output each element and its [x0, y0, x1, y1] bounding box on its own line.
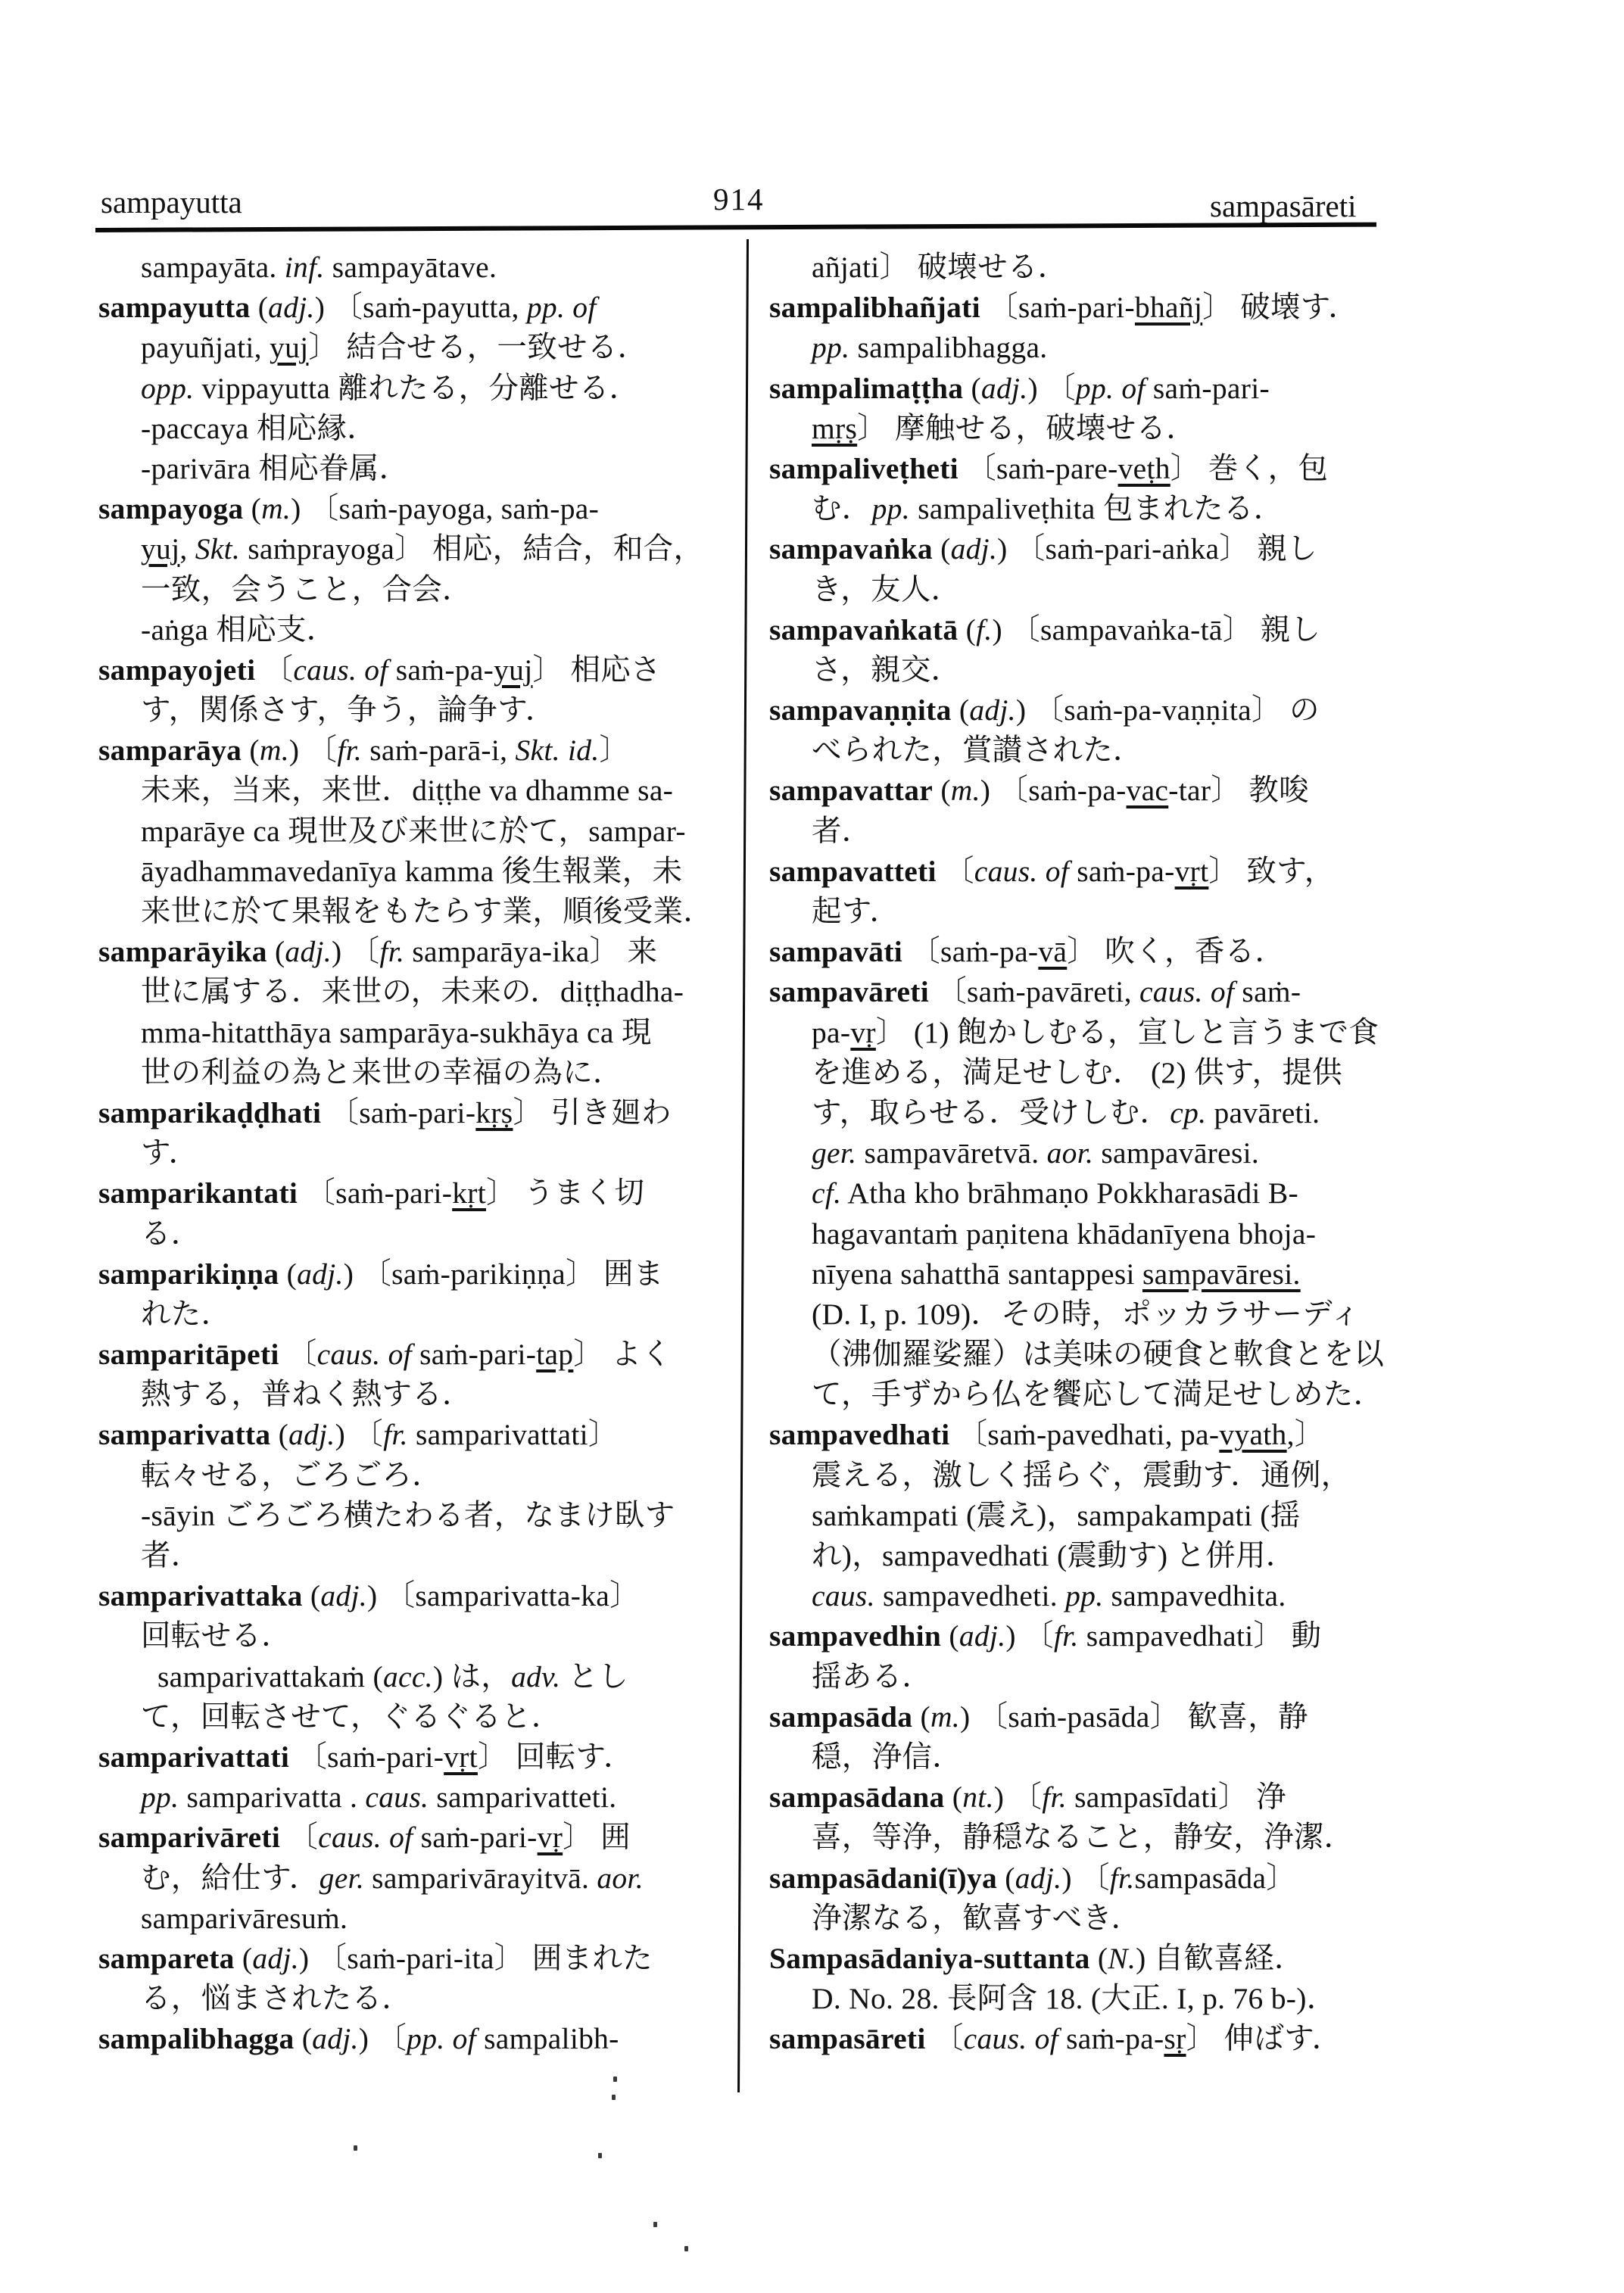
text-segment: vippayutta 離れたる，分離せる．: [194, 372, 639, 405]
text-segment: 〕 破壊す．: [1202, 291, 1358, 324]
entry-line: samparivattati 〔saṁ-pari-vṛt〕 回転す．: [98, 1737, 747, 1777]
entry-line: hagavantaṁ paṇitena khādanīyena bhoja-: [769, 1214, 1382, 1254]
entry-line: sampaliveṭheti 〔saṁ-pare-veṭh〕 巻く，包: [769, 449, 1382, 489]
text-segment: ) 〔: [332, 935, 379, 968]
headword-text: samparivatta: [98, 1418, 270, 1451]
text-segment: (: [270, 1418, 288, 1451]
entry-line: 喜，等浄，静穏なること，静安，浄潔．: [769, 1818, 1382, 1858]
text-segment: sampalibhagga.: [849, 331, 1047, 364]
text-segment: Atha kho brāhmaṇo Pokkharasādi B-: [841, 1176, 1298, 1210]
text-segment: (: [279, 1257, 297, 1291]
text-segment: (: [295, 2022, 313, 2055]
entry-line: 震える，激しく揺らぐ，震動す．通例，: [769, 1456, 1382, 1496]
text-segment: て，回転させて，ぐるぐると．: [141, 1700, 562, 1734]
entry-line: pp. samparivatta . caus. samparivatteti.: [98, 1777, 747, 1818]
root-underlined: bhañj: [1135, 291, 1202, 324]
text-segment: ) 〔: [289, 734, 337, 767]
text-segment: 喜，等浄，静穏なること，静安，浄潔．: [812, 1821, 1354, 1854]
text-segment: sampavāretvā.: [856, 1136, 1046, 1170]
entry-line: sampavedhin (adj.) 〔fr. sampavedhati〕 動: [769, 1616, 1382, 1656]
text-segment: añjati〕 破壊せる．: [812, 251, 1068, 284]
grammar-label: fr.: [337, 734, 362, 767]
text-segment: ,〕: [1287, 1418, 1325, 1451]
text-segment: 〔saṁ-pari-: [289, 1740, 444, 1774]
entry-line: añjati〕 破壊せる．: [769, 248, 1382, 288]
entry-line: pa-vṛ〕 (1) 飽かしむる，宣しと言うまで食: [769, 1013, 1382, 1053]
text-segment: 〔saṁ-pare-: [959, 452, 1118, 485]
text-segment: mma-hitatthāya samparāya-sukhāya ca 現: [141, 1016, 652, 1049]
text-segment: 熱する，普ねく熱する．: [141, 1378, 472, 1411]
headword-text: sampavattar: [769, 774, 933, 807]
grammar-label: Skt.: [195, 532, 240, 565]
text-segment: (: [958, 613, 976, 646]
text-segment: す，関係さす，争う，論争す．: [141, 693, 556, 727]
text-segment: (: [997, 1862, 1015, 1895]
headword-text: samparivāreti: [98, 1821, 280, 1854]
grammar-label: m.: [260, 734, 289, 767]
text-segment: ) 〔sampavaṅka-tā〕 親し: [993, 613, 1321, 646]
entry-line: samparivattakaṁ (acc.) は，adv. とし: [98, 1657, 747, 1697]
text-segment: 〔: [279, 1338, 317, 1371]
text-segment: samparivatta .: [179, 1781, 365, 1814]
entry-line: samparivattaka (adj.) 〔samparivatta-ka〕: [98, 1576, 747, 1616]
entry-line: sampayoga (m.) 〔saṁ-payoga, saṁ-pa-: [98, 489, 747, 529]
grammar-label: m.: [930, 1700, 960, 1734]
text-segment: ) 〔: [1027, 372, 1075, 405]
text-segment: ) 〔saṁ-pari-ita〕 囲まれた: [299, 1942, 653, 1975]
grammar-label: pp.: [141, 1781, 179, 1814]
text-segment: sampalibh-: [476, 2022, 619, 2055]
grammar-label: caus. of: [974, 855, 1069, 888]
text-segment: ) 〔saṁ-pari-aṅka〕 親し: [997, 532, 1317, 565]
entry-line: 未来，当来，来世．diṭṭhe va dhamme sa-: [98, 771, 747, 811]
text-segment: れた．: [141, 1298, 231, 1331]
headword-text: Sampasādaniya-suttanta: [769, 1942, 1090, 1975]
entry-line: mṛṣ〕 摩触せる，破壊せる．: [769, 409, 1382, 449]
entry-line: Sampasādaniya-suttanta (N.) 自歓喜経．: [769, 1939, 1382, 1979]
grammar-label: ger.: [812, 1136, 856, 1170]
text-segment: 揺ある．: [812, 1660, 932, 1693]
text-segment: (: [242, 734, 260, 767]
text-segment: 回転せる．: [141, 1619, 291, 1653]
text-segment: samparivattati〕: [408, 1418, 619, 1451]
root-underlined: yuj: [494, 653, 532, 687]
root-underlined: yuj: [270, 331, 308, 364]
grammar-label: nt.: [962, 1781, 994, 1814]
grammar-label: adj.: [288, 1418, 335, 1451]
text-segment: mparāye ca 現世及び来世に於て，sampar-: [141, 815, 686, 848]
text-segment: saṁ-pari-: [412, 1338, 536, 1371]
header-guide-word-left: sampayutta: [101, 187, 242, 218]
grammar-label: Skt. id.: [515, 734, 599, 767]
text-segment: す，取らせる．受けしむ．: [812, 1096, 1170, 1129]
grammar-label: adj.: [951, 532, 998, 565]
entry-line: 来世に於て果報をもたらす業，順後受業．: [98, 892, 747, 932]
text-segment: 〔: [926, 2022, 964, 2055]
text-segment: れ)，sampavedhati (震動す) と併用．: [812, 1539, 1296, 1572]
entry-line: payuñjati, yuj〕 結合せる，一致せる．: [98, 328, 747, 368]
grammar-label: adj.: [268, 291, 315, 324]
headword-text: samparikaḍḍhati: [98, 1096, 321, 1129]
entry-line: sampavaṅkatā (f.) 〔sampavaṅka-tā〕 親し: [769, 610, 1382, 650]
text-segment: ) 〔: [994, 1781, 1042, 1814]
entry-line: 熱する，普ねく熱する．: [98, 1375, 747, 1415]
entry-line: samparāyika (adj.) 〔fr. samparāya-ika〕 来: [98, 932, 747, 972]
entry-line: て，手ずから仏を饗応して満足せしめた．: [769, 1375, 1382, 1415]
text-segment: (: [941, 1619, 959, 1653]
text-segment: D. No. 28. 長阿含 18. (大正. I, p. 76 b-)．: [812, 1982, 1337, 2015]
text-segment: (: [251, 291, 269, 324]
text-segment: ) 〔: [1005, 1619, 1053, 1653]
text-segment: る．: [141, 1217, 201, 1251]
text-segment: す．: [141, 1136, 198, 1170]
text-segment: 〕 致す，: [1208, 855, 1334, 888]
text-segment: 〕 結合せる，一致せる．: [308, 331, 647, 364]
text-segment: ) 〔: [359, 2022, 407, 2055]
entry-line: き，友人．: [769, 570, 1382, 610]
text-segment: saṁ-parā-i,: [362, 734, 515, 767]
root-underlined: vṛt: [444, 1740, 478, 1774]
text-segment: saṁ-pa-: [1069, 855, 1175, 888]
root-underlined: yuj: [141, 532, 179, 565]
entry-line: べられた，賞讃された．: [769, 731, 1382, 771]
text-segment: を進める，満足せしむ． (2) 供す，提供: [812, 1056, 1342, 1089]
grammar-label: acc.: [383, 1660, 433, 1693]
text-segment: sampavedheti.: [875, 1579, 1065, 1612]
root-underlined: vṛ: [850, 1016, 876, 1049]
entry-line: 一致，会うこと，合会．: [98, 570, 747, 610]
grammar-label: aor.: [597, 1862, 644, 1895]
grammar-label: adj.: [320, 1579, 367, 1612]
scan-speck: [653, 2222, 657, 2227]
text-segment: āyadhammavedanīya kamma 後生報業，未: [141, 855, 682, 888]
grammar-label: caus.: [812, 1579, 875, 1612]
text-segment: 者．: [812, 815, 872, 848]
grammar-label: fr.: [1110, 1862, 1135, 1895]
text-segment: payuñjati,: [141, 331, 270, 364]
text-segment: 〔saṁ-pavāreti,: [929, 975, 1139, 1008]
text-segment: る，悩まされたる．: [141, 1982, 412, 2015]
text-segment: (: [303, 1579, 321, 1612]
text-segment: -tar〕 教唆: [1168, 774, 1309, 807]
text-segment: む，給仕す．: [141, 1862, 320, 1895]
grammar-label: aor.: [1047, 1136, 1094, 1170]
grammar-label: pp. of: [407, 2022, 476, 2055]
text-segment: saṁprayoga〕 相応，結合，和合，: [240, 532, 703, 565]
entry-line: 転々せる，ごろごろ．: [98, 1456, 747, 1496]
text-segment: き，友人．: [812, 573, 961, 606]
text-segment: 〕 囲: [563, 1821, 631, 1854]
entry-line: samparivatta (adj.) 〔fr. samparivattati〕: [98, 1415, 747, 1455]
text-segment: samparivāresuṁ.: [141, 1902, 348, 1935]
grammar-label: caus. of: [1139, 975, 1234, 1008]
text-segment: とし: [560, 1660, 628, 1693]
entry-line: 世の利益の為と来世の幸福の為に．: [98, 1053, 747, 1093]
text-segment: (: [933, 532, 951, 565]
text-segment: (: [945, 1781, 963, 1814]
text-segment: ) 〔saṁ-payoga, saṁ-pa-: [291, 492, 599, 525]
entry-line: mparāye ca 現世及び来世に於て，sampar-: [98, 812, 747, 852]
text-segment: -aṅga 相応支．: [141, 613, 337, 646]
entry-line: sampayāta. inf. sampayātave.: [98, 248, 747, 288]
text-segment: 一致，会うこと，合会．: [141, 573, 472, 606]
entry-line: 起す．: [769, 892, 1382, 932]
headword-text: sampavāti: [769, 935, 902, 968]
headword-text: sampayojeti: [98, 653, 255, 687]
root-underlined: mṛṣ: [812, 412, 857, 445]
text-segment: 世に属する．来世の，未来の．diṭṭhadha-: [141, 975, 684, 1008]
entry-line: sampalibhañjati 〔saṁ-pari-bhañj〕 破壊す．: [769, 288, 1382, 328]
text-segment: 〕 引き廻わ: [513, 1096, 671, 1129]
text-segment: 世の利益の為と来世の幸福の為に．: [141, 1056, 623, 1089]
entry-line: sampavattar (m.) 〔saṁ-pa-vac-tar〕 教唆: [769, 771, 1382, 811]
text-segment: 〕: [600, 734, 630, 767]
entry-line: (D. I, p. 109)．その時，ポッカラサーディ: [769, 1294, 1382, 1335]
entry-line: さ，親交．: [769, 650, 1382, 690]
grammar-label: adj.: [981, 372, 1028, 405]
entry-line: 穏，浄信．: [769, 1737, 1382, 1777]
headword-text: sampasādana: [769, 1781, 945, 1814]
headword-text: samparitāpeti: [98, 1338, 279, 1371]
text-segment: て，手ずから仏を饗応して満足せしめた．: [812, 1378, 1383, 1411]
text-segment: 〔saṁ-pari-: [980, 291, 1135, 324]
grammar-label: pp. of: [1076, 372, 1146, 405]
text-segment: saṁ-pa-: [1058, 2022, 1164, 2055]
text-segment: ,: [179, 532, 195, 565]
text-segment: sampasīdati〕 浄: [1067, 1781, 1286, 1814]
entry-line: sampalimaṭṭha (adj.) 〔pp. of saṁ-pari-: [769, 369, 1382, 409]
right-column: añjati〕 破壊せる．sampalibhañjati 〔saṁ-pari-b…: [769, 248, 1382, 2059]
text-segment: samparivatteti.: [429, 1781, 616, 1814]
entry-line: samparivāreti 〔caus. of saṁ-pari-vṛ〕 囲: [98, 1818, 747, 1858]
entry-line: る．: [98, 1214, 747, 1254]
text-segment: sampavedhita.: [1103, 1579, 1286, 1612]
entry-line: samparivāresuṁ.: [98, 1899, 747, 1939]
grammar-label: opp.: [141, 372, 194, 405]
text-segment: (D. I, p. 109)．その時，ポッカラサーディ: [812, 1298, 1361, 1331]
text-segment: 〕 巻く，包: [1170, 452, 1328, 485]
entry-line: す．: [98, 1133, 747, 1173]
text-segment: 〕 伸ばす．: [1186, 2022, 1342, 2055]
text-segment: 起す．: [812, 895, 899, 928]
header-page-number: 914: [713, 184, 765, 215]
headword-text: sampavaṅka: [769, 532, 933, 565]
text-segment: -sāyin ごろごろ横たわる者，なまけ臥す: [141, 1499, 675, 1532]
entry-line: す，取らせる．受けしむ．cp. pavāreti.: [769, 1093, 1382, 1133]
headword-text: sampayutta: [98, 291, 251, 324]
entry-line: て，回転させて，ぐるぐると．: [98, 1697, 747, 1737]
grammar-label: adj.: [1015, 1862, 1062, 1895]
text-segment: (: [963, 372, 981, 405]
text-segment: べられた，賞讃された．: [812, 734, 1143, 767]
grammar-label: N.: [1108, 1942, 1136, 1975]
headword-text: sampasādani(ī)ya: [769, 1862, 997, 1895]
grammar-label: pp.: [812, 331, 849, 364]
grammar-label: caus.: [365, 1781, 429, 1814]
grammar-label: cf.: [812, 1176, 841, 1210]
entry-line: sampasādani(ī)ya (adj.) 〔fr.sampasāda〕: [769, 1858, 1382, 1899]
entry-line: sampasādana (nt.) 〔fr. sampasīdati〕 浄: [769, 1777, 1382, 1818]
text-segment: ) 〔saṁ-payutta,: [315, 291, 527, 324]
scan-speck: [613, 2076, 617, 2082]
root-underlined: vyath: [1219, 1418, 1286, 1451]
grammar-label: inf.: [285, 251, 325, 284]
entry-line: sampavaṅka (adj.) 〔saṁ-pari-aṅka〕 親し: [769, 529, 1382, 569]
text-segment: saṁ-pari-: [1146, 372, 1270, 405]
headword-text: sampaliveṭheti: [769, 452, 959, 485]
entry-line: sampavaṇṇita (adj.) 〔saṁ-pa-vaṇṇita〕 の: [769, 690, 1382, 731]
text-segment: (: [933, 774, 951, 807]
text-segment: samparivattakaṁ (: [157, 1660, 383, 1693]
grammar-label: pp.: [872, 492, 910, 525]
root-underlined: vṛ: [538, 1821, 563, 1854]
dictionary-page: sampayutta 914 sampasāreti sampayāta. in…: [0, 0, 1624, 2293]
text-segment: さ，親交．: [812, 653, 961, 687]
text-segment: pavāreti.: [1206, 1096, 1320, 1129]
text-segment: ) 〔: [335, 1418, 383, 1451]
text-segment: samparivārayitvā.: [364, 1862, 597, 1895]
headword-text: sampavaṇṇita: [769, 693, 952, 727]
root-underlined: veṭh: [1118, 452, 1170, 485]
text-segment: ) 自歓喜経．: [1136, 1942, 1304, 1975]
text-segment: 〔: [280, 1821, 318, 1854]
text-segment: 〕 相応さ: [533, 653, 661, 687]
entry-line: ger. sampavāretvā. aor. sampavāresi.: [769, 1133, 1382, 1173]
entry-line: samparikantati 〔saṁ-pari-kṛt〕 うまく切: [98, 1173, 747, 1213]
text-segment: nīyena sahatthā santappesi: [812, 1257, 1142, 1291]
grammar-label: ger.: [320, 1862, 364, 1895]
entry-line: sampayojeti 〔caus. of saṁ-pa-yuj〕 相応さ: [98, 650, 747, 690]
grammar-label: adj.: [959, 1619, 1006, 1653]
text-segment: pa-: [812, 1016, 850, 1049]
text-segment: (: [267, 935, 285, 968]
text-segment: ) 〔samparivatta-ka〕: [367, 1579, 640, 1612]
header-guide-word-right: sampasāreti: [1210, 191, 1357, 222]
headword-text: samparikantati: [98, 1176, 298, 1210]
header-rule: [95, 223, 1376, 232]
grammar-label: adv.: [511, 1660, 560, 1693]
text-segment: ) 〔: [1061, 1862, 1109, 1895]
text-segment: hagavantaṁ paṇitena khādanīyena bhoja-: [812, 1217, 1316, 1251]
scan-speck: [354, 2145, 357, 2151]
headword-text: sampavaṅkatā: [769, 613, 958, 646]
entry-line: -sāyin ごろごろ横たわる者，なまけ臥す: [98, 1496, 747, 1536]
text-segment: 〕 よく: [573, 1338, 672, 1371]
grammar-label: caus. of: [318, 1821, 413, 1854]
text-segment: 〔saṁ-pari-: [321, 1096, 475, 1129]
text-segment: (: [952, 693, 970, 727]
entry-line: sampavatteti 〔caus. of saṁ-pa-vṛt〕 致す，: [769, 852, 1382, 892]
root-underlined: vac: [1127, 774, 1169, 807]
grammar-label: fr.: [383, 1418, 408, 1451]
headword-text: sampavāreti: [769, 975, 929, 1008]
entry-line: -parivāra 相応眷属．: [98, 449, 747, 489]
entry-line: samparitāpeti 〔caus. of saṁ-pari-tap〕 よく: [98, 1335, 747, 1375]
grammar-label: pp.: [1065, 1579, 1103, 1612]
entry-line: れ)，sampavedhati (震動す) と併用．: [769, 1536, 1382, 1576]
headword-text: sampalibhagga: [98, 2022, 295, 2055]
text-segment: 〔saṁ-pavedhati, pa-: [949, 1418, 1219, 1451]
headword-text: sampasāda: [769, 1700, 912, 1734]
grammar-label: f.: [976, 613, 992, 646]
entry-line: す，関係さす，争う，論争す．: [98, 690, 747, 731]
entry-line: 世に属する．来世の，未来の．diṭṭhadha-: [98, 972, 747, 1012]
entry-line: る，悩まされたる．: [98, 1979, 747, 2019]
entry-line: cf. Atha kho brāhmaṇo Pokkharasādi B-: [769, 1173, 1382, 1213]
text-segment: 〕 吹く，香る．: [1067, 935, 1285, 968]
headword-text: sampasāreti: [769, 2022, 926, 2055]
grammar-label: caus. of: [317, 1338, 412, 1371]
entry-line: 者．: [98, 1536, 747, 1576]
entry-line: samparāya (m.) 〔fr. saṁ-parā-i, Skt. id.…: [98, 731, 747, 771]
text-segment: 〔: [937, 855, 974, 888]
entry-line: samparikiṇṇa (adj.) 〔saṁ-parikiṇṇa〕 囲ま: [98, 1254, 747, 1294]
text-segment: saṁ-: [1234, 975, 1301, 1008]
text-segment: む．: [812, 492, 872, 525]
text-segment: (: [235, 1942, 253, 1975]
entry-line: 回転せる．: [98, 1616, 747, 1656]
entry-line: 者．: [769, 812, 1382, 852]
entry-line: sampavāreti 〔saṁ-pavāreti, caus. of saṁ-: [769, 972, 1382, 1012]
text-segment: sampavedhati〕 動: [1079, 1619, 1322, 1653]
text-segment: sampaliveṭhita 包まれたる．: [910, 492, 1284, 525]
grammar-label: caus. of: [293, 653, 388, 687]
entry-line: sampasāda (m.) 〔saṁ-pasāda〕 歓喜，静: [769, 1697, 1382, 1737]
entry-line: sampavedhati 〔saṁ-pavedhati, pa-vyath,〕: [769, 1415, 1382, 1455]
text-segment: saṁ-pari-: [413, 1821, 537, 1854]
left-column: sampayāta. inf. sampayātave.sampayutta (…: [98, 248, 747, 2059]
scan-speck: [684, 2246, 688, 2251]
grammar-label: adj.: [285, 935, 332, 968]
grammar-label: cp.: [1170, 1096, 1206, 1129]
entry-line: opp. vippayutta 離れたる，分離せる．: [98, 369, 747, 409]
text-segment: 〕 (1) 飽かしむる，宣しと言うまで食: [876, 1016, 1379, 1049]
root-underlined: sṛ: [1164, 2022, 1186, 2055]
text-segment: 穏，浄信．: [812, 1740, 962, 1774]
text-segment: saṁkampati (震え)，sampakampati (揺: [812, 1499, 1301, 1532]
entry-line: saṁkampati (震え)，sampakampati (揺: [769, 1496, 1382, 1536]
text-segment: 〕 回転す．: [478, 1740, 634, 1774]
entry-line: āyadhammavedanīya kamma 後生報業，未: [98, 852, 747, 892]
text-segment: 〔: [255, 653, 293, 687]
text-segment: 未来，当来，来世．diṭṭhe va dhamme sa-: [141, 774, 673, 807]
headword-text: sampayoga: [98, 492, 243, 525]
entry-line: 揺ある．: [769, 1657, 1382, 1697]
headword-text: sampavedhin: [769, 1619, 941, 1653]
entry-line: sampareta (adj.) 〔saṁ-pari-ita〕 囲まれた: [98, 1939, 747, 1979]
entry-line: yuj, Skt. saṁprayoga〕 相応，結合，和合，: [98, 529, 747, 569]
text-segment: 震える，激しく揺らぐ，震動す．通例，: [812, 1459, 1351, 1492]
scan-speck: [598, 2153, 602, 2158]
entry-line: -aṅga 相応支．: [98, 610, 747, 650]
text-segment: -parivāra 相応眷属．: [141, 452, 409, 485]
text-segment: 〕 摩触せる，破壊せる．: [857, 412, 1196, 445]
grammar-label: adj.: [297, 1257, 344, 1291]
text-segment: 来世に於て果報をもたらす業，順後受業．: [141, 895, 713, 928]
grammar-label: fr.: [1042, 1781, 1067, 1814]
entry-line: D. No. 28. 長阿含 18. (大正. I, p. 76 b-)．: [769, 1979, 1382, 2019]
entry-line: む，給仕す．ger. samparivārayitvā. aor.: [98, 1858, 747, 1899]
text-segment: ) は，: [433, 1660, 511, 1693]
text-segment: （沸伽羅娑羅）は美味の硬食と軟食とを以: [812, 1338, 1384, 1371]
root-underlined: vā: [1038, 935, 1067, 968]
entry-line: sampalibhagga (adj.) 〔pp. of sampalibh-: [98, 2019, 747, 2059]
entry-line: caus. sampavedheti. pp. sampavedhita.: [769, 1576, 1382, 1616]
entry-line: 浄潔なる，歓喜すべき．: [769, 1899, 1382, 1939]
root-underlined: kṛṣ: [475, 1096, 513, 1129]
grammar-label: m.: [261, 492, 291, 525]
root-underlined: tap: [536, 1338, 573, 1371]
